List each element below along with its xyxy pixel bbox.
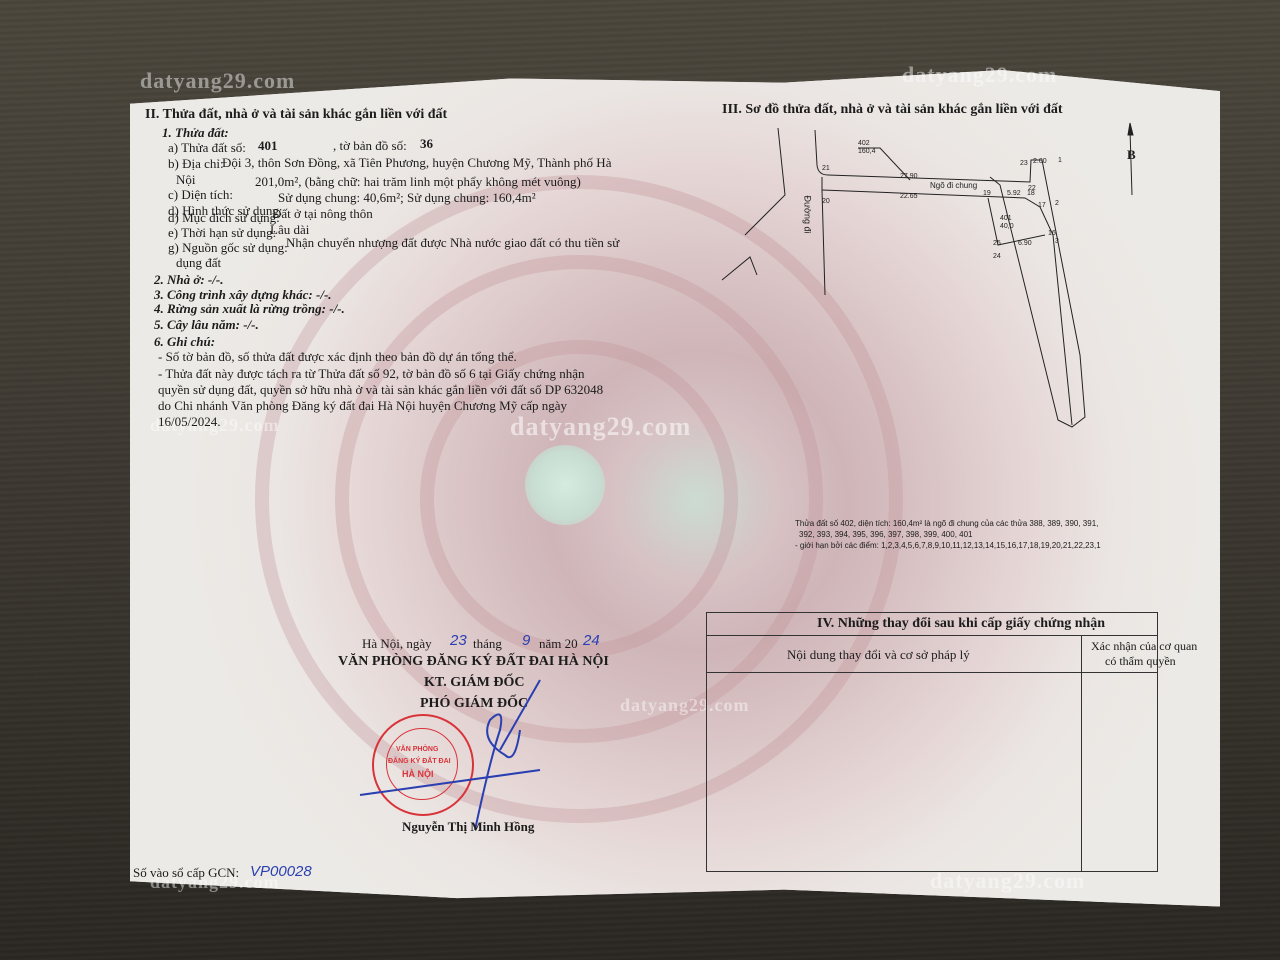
date-month: 9 xyxy=(522,633,530,648)
north-arrow-label: B xyxy=(1127,148,1136,161)
column-header-authority-line1: Xác nhận của cơ quan xyxy=(1091,640,1197,652)
changes-table: IV. Những thay đổi sau khi cấp giấy chứn… xyxy=(706,612,1158,872)
item-5-perennial-trees: 5. Cây lâu năm: -/-. xyxy=(154,318,259,331)
year-label: năm 20 xyxy=(539,637,578,650)
changes-table-title-row: IV. Những thay đổi sau khi cấp giấy chứn… xyxy=(707,613,1157,636)
svg-text:401: 401 xyxy=(1000,215,1012,222)
date-year: 24 xyxy=(583,633,600,648)
issuing-office: VĂN PHÒNG ĐĂNG KÝ ĐẤT ĐAI HÀ NỘI xyxy=(338,655,609,669)
purpose-label: đ) Mục đích sử dụng: xyxy=(168,211,280,224)
svg-text:3: 3 xyxy=(1055,238,1059,245)
parcel-number: 401 xyxy=(258,139,278,152)
parcel-map: 2120 27.9022.65 232.001 22195.92 18172 3… xyxy=(700,95,1160,495)
svg-text:16: 16 xyxy=(1048,230,1056,237)
note-line: quyền sử dụng đất, quyền sở hữu nhà ở và… xyxy=(158,383,603,396)
origin-value-line1: Nhận chuyển nhượng đất được Nhà nước gia… xyxy=(286,236,619,249)
date-prefix: Hà Nội, ngày xyxy=(362,637,432,650)
purpose-value: Đất ở tại nông thôn xyxy=(272,207,373,220)
svg-text:5.92: 5.92 xyxy=(1007,190,1021,197)
svg-text:1: 1 xyxy=(1058,157,1062,164)
diagram-caption-line1: Thửa đất số 402, diện tích: 160,4m² là n… xyxy=(795,520,1098,528)
usage-form-value: Sử dụng chung: 40,6m²; Sử dụng chung: 16… xyxy=(278,191,536,204)
watermark: datyang29.com xyxy=(902,62,1057,88)
month-label: tháng xyxy=(473,637,502,650)
item-1-title: 1. Thửa đất: xyxy=(162,126,229,139)
column-divider xyxy=(1081,636,1082,871)
column-header-authority-line2: có thẩm quyền xyxy=(1105,655,1176,667)
svg-text:40,0: 40,0 xyxy=(1000,223,1014,230)
drum-star-icon xyxy=(525,445,605,525)
map-sheet-number: 36 xyxy=(420,137,433,150)
road-label: Đường đi xyxy=(802,196,811,234)
area-label: c) Diện tích: xyxy=(168,188,233,201)
signer-name: Nguyễn Thị Minh Hồng xyxy=(402,820,534,833)
svg-text:2: 2 xyxy=(1055,200,1059,207)
note-line: do Chi nhánh Văn phòng Đăng ký đất đai H… xyxy=(158,399,567,412)
origin-label: g) Nguồn gốc sử dụng: xyxy=(168,241,288,254)
date-day: 23 xyxy=(450,633,467,648)
diagram-caption-line2: 392, 393, 394, 395, 396, 397, 398, 399, … xyxy=(799,531,972,539)
parcel-label: a) Thửa đất số: xyxy=(168,141,246,154)
svg-text:Ngõ đi chung: Ngõ đi chung xyxy=(930,181,977,190)
svg-text:25: 25 xyxy=(993,240,1001,247)
svg-text:23: 23 xyxy=(1020,160,1028,167)
svg-text:24: 24 xyxy=(993,253,1001,260)
item-4-production-forest: 4. Rừng sản xuất là rừng trồng: -/-. xyxy=(154,302,345,315)
svg-text:160,4: 160,4 xyxy=(858,148,876,155)
diagram-caption-line3: - giới hạn bởi các điểm: 1,2,3,4,5,6,7,8… xyxy=(795,542,1101,550)
item-2-house: 2. Nhà ở: -/-. xyxy=(154,273,223,286)
svg-text:27.90: 27.90 xyxy=(900,173,918,180)
registry-number: VP00028 xyxy=(250,864,312,879)
registry-label: Số vào sổ cấp GCN: xyxy=(133,866,239,879)
note-line: 16/05/2024. xyxy=(158,415,220,428)
term-label: e) Thời hạn sử dụng: xyxy=(168,226,276,239)
origin-value-line2: dụng đất xyxy=(176,256,221,269)
watermark: datyang29.com xyxy=(510,412,691,442)
changes-table-header-row: Nội dung thay đổi và cơ sở pháp lý Xác n… xyxy=(707,636,1157,673)
svg-text:21: 21 xyxy=(822,165,830,172)
note-line: - Số tờ bản đồ, số thửa đất được xác địn… xyxy=(158,350,517,363)
svg-text:19: 19 xyxy=(983,190,991,197)
area-value: 201,0m², (bằng chữ: hai trăm linh một ph… xyxy=(255,175,581,188)
address-line1: Đội 3, thôn Sơn Đồng, xã Tiên Phương, hu… xyxy=(222,156,611,169)
address-line2: Nội xyxy=(176,173,196,186)
note-line: - Thửa đất này được tách ra từ Thửa đất … xyxy=(158,367,584,380)
svg-text:17: 17 xyxy=(1038,202,1046,209)
address-label: b) Địa chỉ: xyxy=(168,157,224,170)
svg-text:20: 20 xyxy=(822,198,830,205)
map-sheet-label: , tờ bản đồ số: xyxy=(333,139,407,152)
item-6-notes-title: 6. Ghi chú: xyxy=(154,335,215,348)
section-2-title: II. Thửa đất, nhà ở và tài sản khác gắn … xyxy=(145,108,447,122)
watermark: datyang29.com xyxy=(140,68,295,94)
svg-text:22.65: 22.65 xyxy=(900,193,918,200)
column-header-change-content: Nội dung thay đổi và cơ sở pháp lý xyxy=(787,648,970,661)
section-4-title: IV. Những thay đổi sau khi cấp giấy chứn… xyxy=(817,617,1105,631)
svg-text:18: 18 xyxy=(1027,190,1035,197)
item-3-other-construction: 3. Công trình xây dựng khác: -/-. xyxy=(154,288,332,301)
svg-text:402: 402 xyxy=(858,140,870,147)
svg-text:2.00: 2.00 xyxy=(1033,158,1047,165)
svg-text:6.90: 6.90 xyxy=(1018,240,1032,247)
